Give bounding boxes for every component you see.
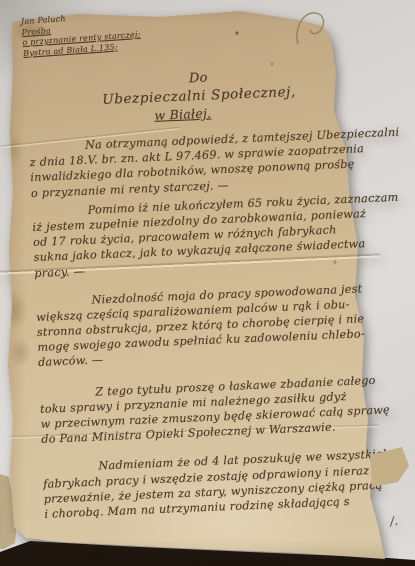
- letter-paragraph: Pomimo iż nie ukończyłem 65 roku życia, …: [32, 190, 379, 280]
- page-mark: /.: [389, 514, 399, 529]
- corner-note: Jan Paluch Prośba o przyznanie renty sta…: [21, 9, 142, 59]
- heading-place: w Białej.: [148, 104, 219, 125]
- letter-paragraph: Niezdolność moja do pracy spowodowana je…: [35, 280, 382, 370]
- letter-body: Do Ubezpieczalni Społecznej, w Białej. N…: [26, 63, 388, 522]
- paperclip-outline: [292, 8, 338, 54]
- letter-paper: Jan Paluch Prośba o przyznanie renty sta…: [0, 0, 415, 566]
- photo-background: Jan Paluch Prośba o przyznanie renty sta…: [0, 0, 415, 566]
- letter-paragraph: Na otrzymaną odpowiedź, z tamtejszej Ube…: [29, 126, 375, 201]
- letter-paragraph: Z tego tytułu proszę o łaskawe zbadanie …: [39, 372, 385, 447]
